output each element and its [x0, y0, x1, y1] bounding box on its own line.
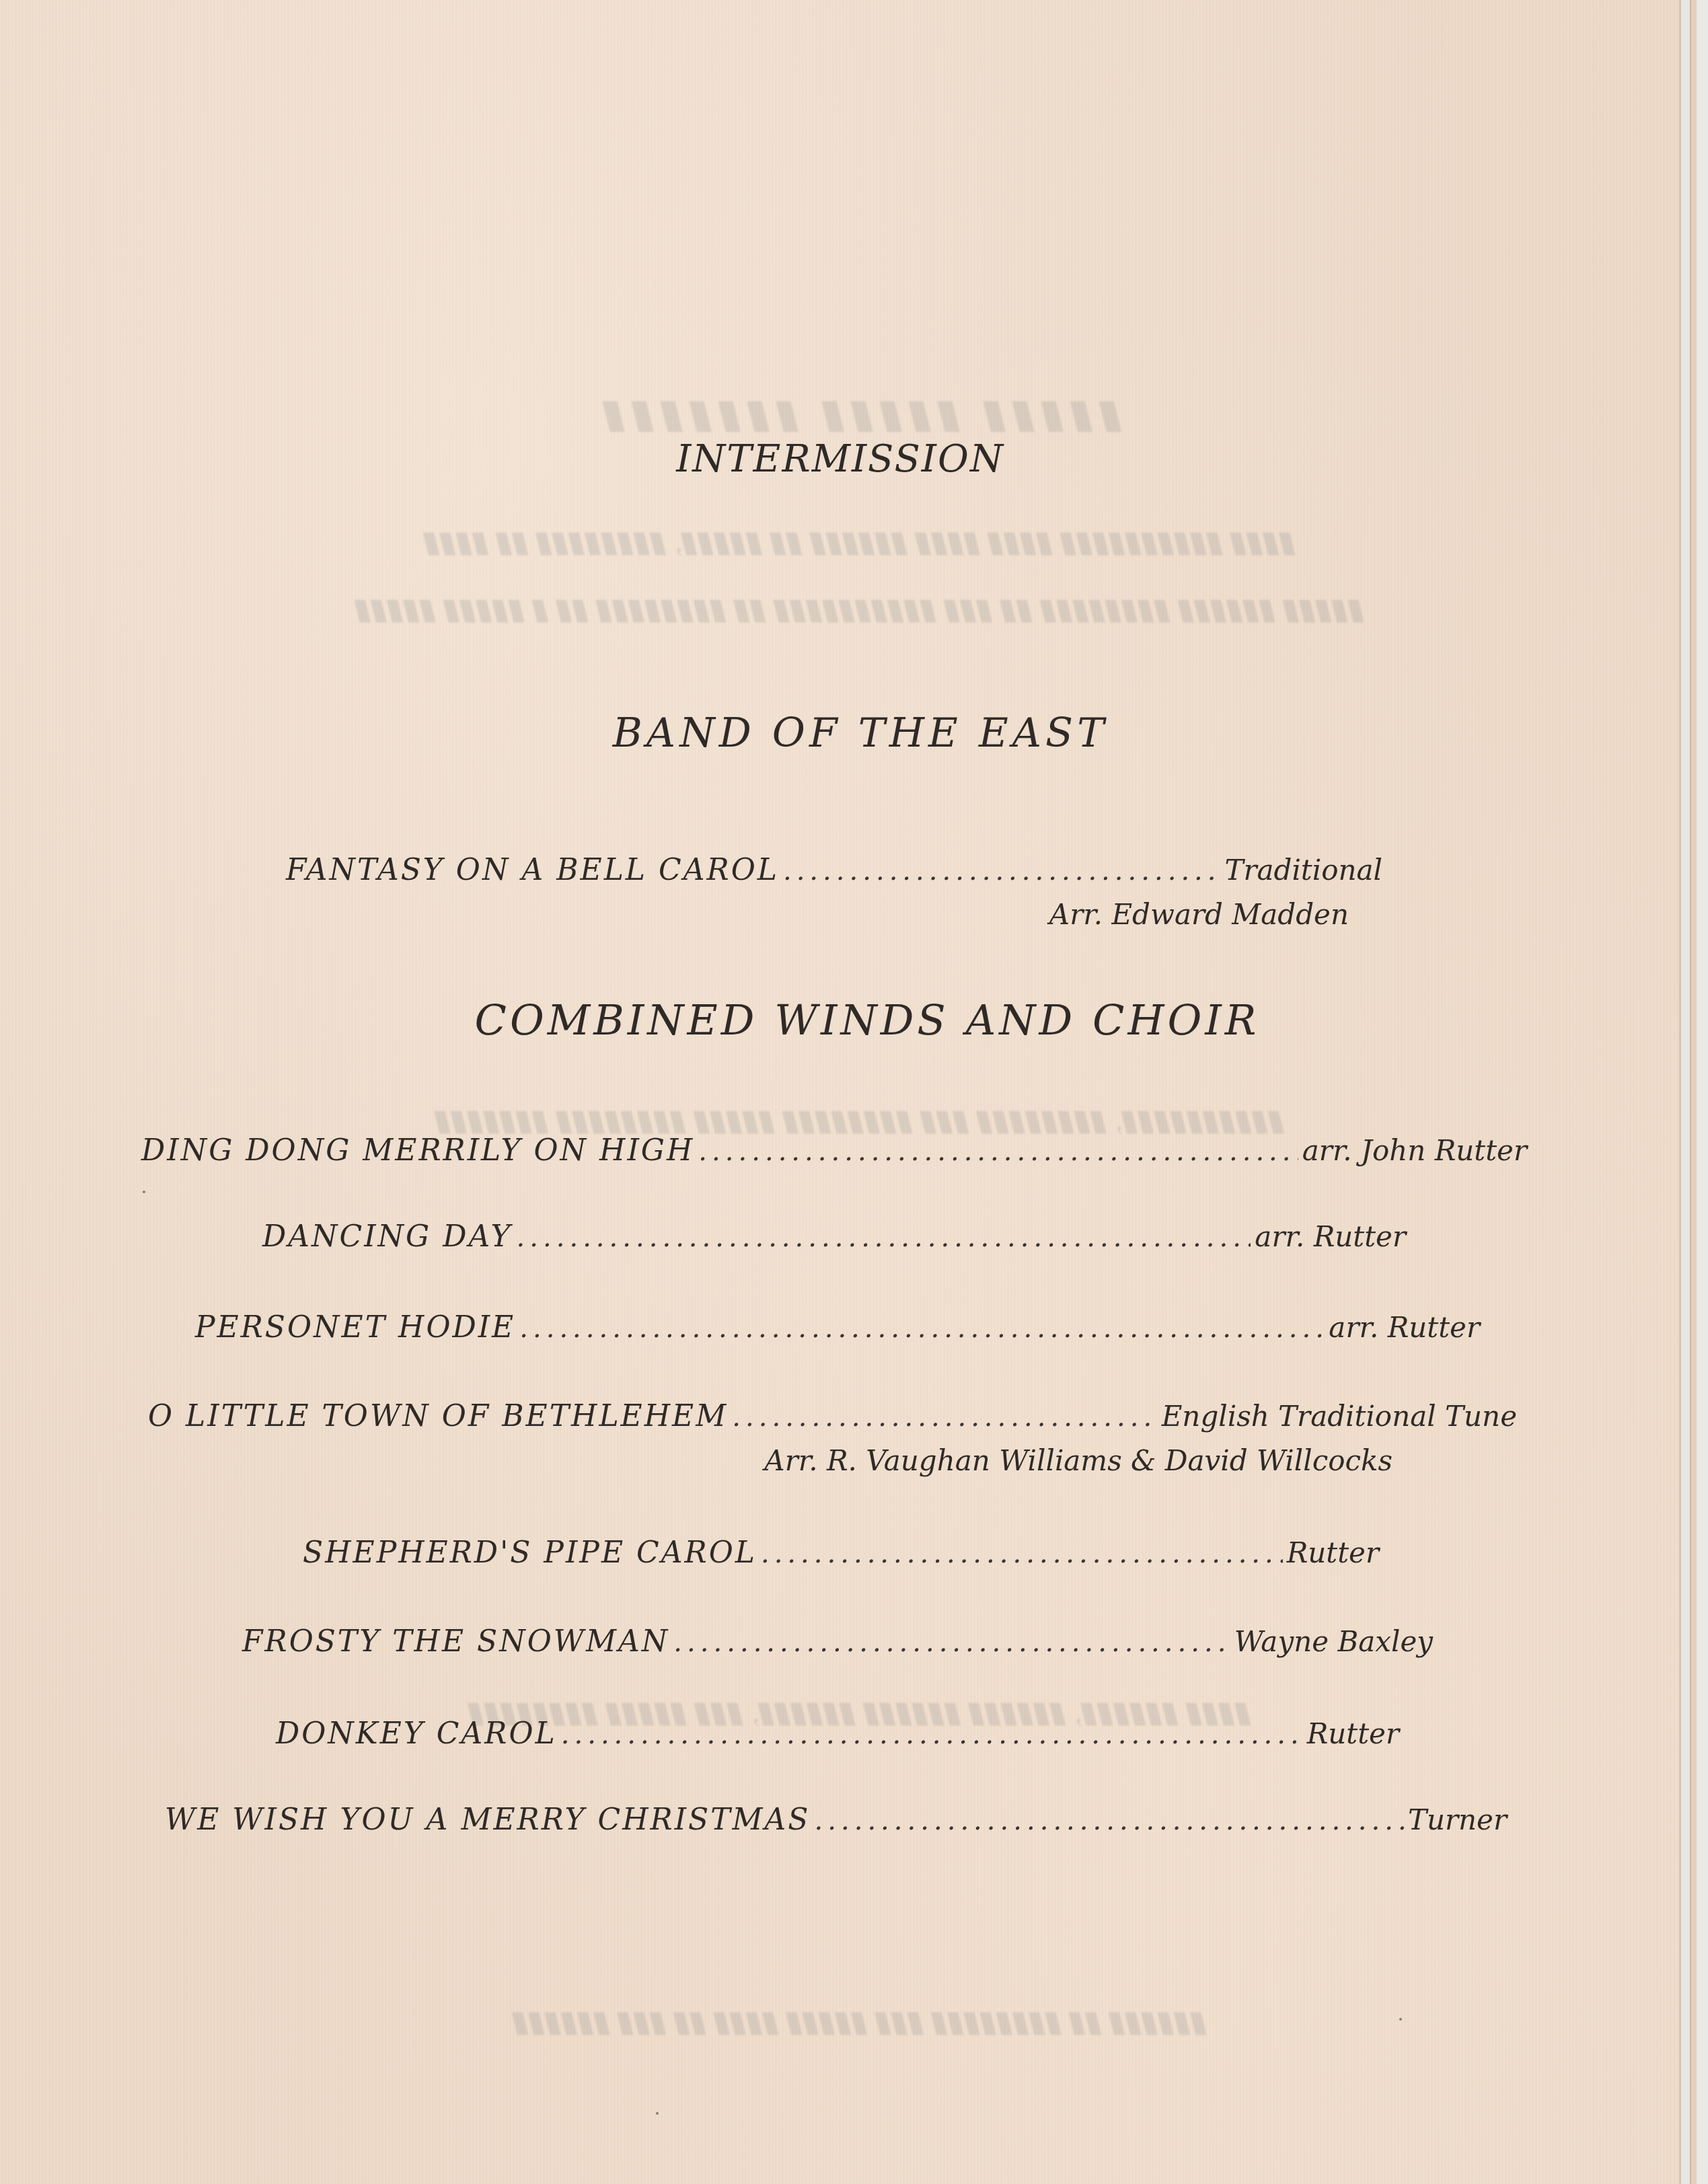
piece-title: WE WISH YOU A MERRY CHRISTMAS [165, 1803, 811, 1837]
program-entry: DING DONG MERRILY ON HIGH arr. John Rutt… [141, 1133, 1527, 1168]
program-entry: WE WISH YOU A MERRY CHRISTMAS Turner [165, 1803, 1507, 1837]
piece-title: O LITTLE TOWN OF BETHLEHEM [148, 1399, 728, 1433]
scan-speck [656, 2112, 659, 2115]
program-page: ▮▮▮▮▮ ▮▮▮▮▮ ▮▮▮▮▮▮▮ ▮▮▮▮ ▮▮▮▮▮▮▮▮▮▮ ▮▮▮▮… [0, 0, 1680, 2184]
piece-credit: arr. John Rutter [1302, 1134, 1527, 1167]
dot-leader [761, 1538, 1283, 1569]
program-entry: FROSTY THE SNOWMAN Wayne Baxley [242, 1624, 1433, 1659]
dot-leader [561, 1719, 1303, 1750]
program-entry: PERSONET HODIE arr. Rutter [195, 1310, 1480, 1345]
scan-speck [1399, 2018, 1402, 2021]
piece-credit: arr. Rutter [1255, 1220, 1406, 1253]
page-edge [1679, 0, 1681, 2184]
program-entry: DONKEY CAROL Rutter [276, 1717, 1399, 1751]
dot-leader [519, 1313, 1325, 1344]
piece-title: DANCING DAY [262, 1219, 513, 1254]
intermission-heading: INTERMISSION [0, 437, 1680, 481]
dot-leader [517, 1222, 1251, 1253]
program-entry: O LITTLE TOWN OF BETHLEHEM English Tradi… [148, 1399, 1517, 1433]
piece-credit: Traditional [1224, 854, 1382, 887]
piece-title: DING DONG MERRILY ON HIGH [141, 1133, 694, 1168]
program-entry: DANCING DAY arr. Rutter [262, 1219, 1406, 1254]
bleed-through-heading: ▮▮▮▮▮ ▮▮▮▮▮ ▮▮▮▮▮▮▮ [256, 390, 1466, 437]
piece-credit: arr. Rutter [1329, 1311, 1480, 1344]
piece-credit: Wayne Baxley [1234, 1625, 1433, 1658]
bleed-through-text: ▮▮▮▮▮▮ ▮▮ ▮▮▮▮▮▮▮▮ ▮▮▮ ▮▮▮▮▮ ▮▮▮▮ ▮▮ ▮▮▮… [256, 2004, 1466, 2039]
program-entry: FANTASY ON A BELL CAROL Traditional [286, 853, 1382, 887]
band-of-the-east-heading: BAND OF THE EAST [20, 710, 1701, 757]
piece-title: DONKEY CAROL [276, 1717, 557, 1751]
scan-speck [143, 1191, 145, 1193]
piece-credit: Rutter [1287, 1536, 1379, 1569]
piece-title: PERSONET HODIE [195, 1310, 515, 1345]
dot-leader [815, 1805, 1404, 1836]
bleed-through-text: ▮▮▮▮▮ ▮▮▮▮▮▮ ▮▮▮▮▮▮▮▮ ▮▮ ▮▮▮ ▮▮▮▮▮▮▮▮▮▮ … [256, 592, 1466, 626]
dot-leader [698, 1136, 1298, 1167]
program-entry: SHEPHERD'S PIPE CAROL Rutter [303, 1536, 1379, 1570]
dot-leader [673, 1627, 1230, 1658]
piece-credit: English Traditional Tune [1162, 1400, 1517, 1433]
bleed-through-text: ▮▮▮▮▮▮▮▮▮▮, ▮▮▮▮▮▮▮▮ ▮▮▮ ▮▮▮▮▮▮▮▮ ▮▮▮▮▮ … [256, 1103, 1466, 1137]
combined-winds-and-choir-heading: COMBINED WINDS AND CHOIR [27, 995, 1707, 1045]
piece-credit: Turner [1408, 1803, 1507, 1836]
dot-leader [783, 856, 1220, 887]
dot-leader [732, 1402, 1157, 1433]
scanner-background [1697, 0, 1708, 2184]
bleed-through-text: ▮▮▮▮ ▮▮▮▮▮▮▮▮▮▮ ▮▮▮▮ ▮▮▮▮ ▮▮▮▮▮▮ ▮▮ ▮▮▮▮… [256, 525, 1466, 559]
piece-title: FANTASY ON A BELL CAROL [286, 853, 779, 887]
piece-title: SHEPHERD'S PIPE CAROL [303, 1536, 757, 1570]
piece-arranger: Arr. Edward Madden [1009, 898, 1349, 931]
piece-arranger: Arr. R. Vaughan Williams & David Willcoc… [727, 1444, 1393, 1477]
piece-credit: Rutter [1307, 1717, 1399, 1750]
piece-title: FROSTY THE SNOWMAN [242, 1624, 669, 1659]
